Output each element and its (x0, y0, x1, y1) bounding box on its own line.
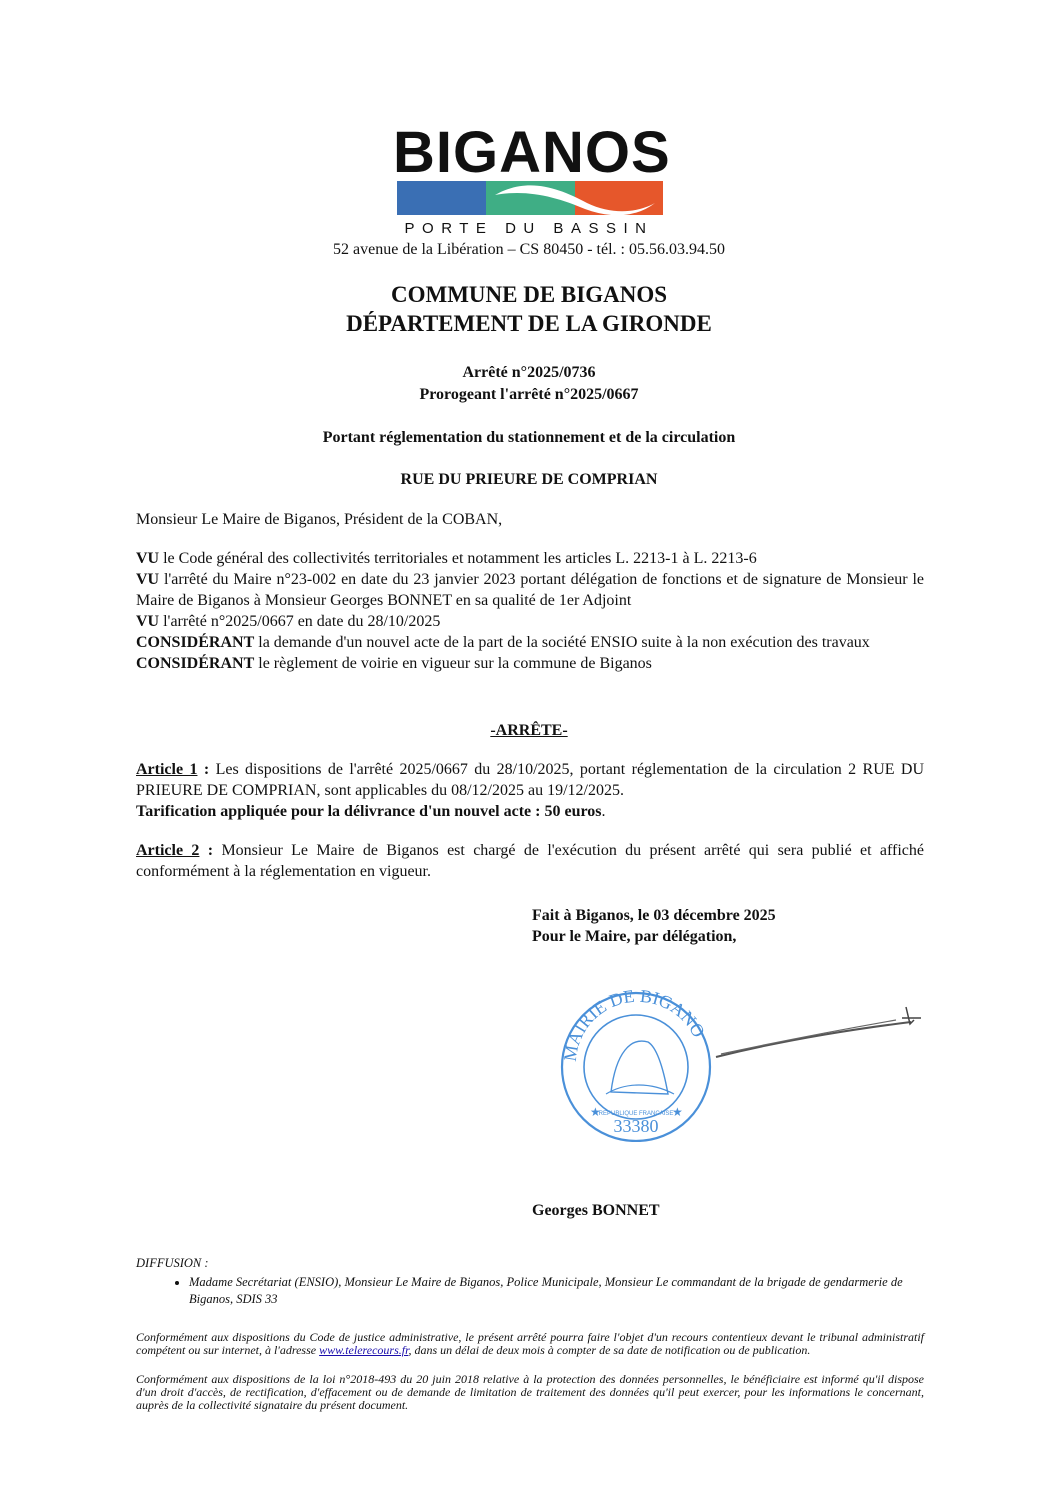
diffusion-title: DIFFUSION : (136, 1255, 926, 1272)
legal-recours: Conformément aux dispositions du Code de… (136, 1331, 924, 1357)
svg-text:★: ★ (672, 1105, 683, 1119)
departement-title: DÉPARTEMENT DE LA GIRONDE (0, 309, 1058, 338)
commune-title: COMMUNE DE BIGANOS (0, 280, 1058, 309)
diffusion-block: DIFFUSION : Madame Secrétariat (ENSIO), … (136, 1255, 926, 1308)
logo-wave-band-icon (397, 181, 663, 215)
legal-rgpd: Conformément aux dispositions de la loi … (136, 1373, 924, 1412)
telerecours-link[interactable]: www.telerecours.fr (319, 1343, 408, 1357)
decision-heading: -ARRÊTE- (0, 721, 1058, 741)
article-1-tarif: Tarification appliquée pour la délivranc… (136, 803, 602, 820)
place-date: Fait à Biganos, le 03 décembre 2025 (532, 905, 776, 926)
logo-tagline: PORTE DU BASSIN (393, 220, 665, 237)
visa-item: VU l'arrêté n°2025/0667 en date du 28/10… (136, 611, 924, 632)
arrete-object: Portant réglementation du stationnement … (0, 428, 1058, 448)
visa-item: VU l'arrêté du Maire n°23-002 en date du… (136, 569, 924, 611)
visas-block: VU le Code général des collectivités ter… (136, 548, 924, 674)
svg-text:33380: 33380 (614, 1116, 659, 1136)
visa-item: VU le Code général des collectivités ter… (136, 548, 924, 569)
diffusion-recipients: Madame Secrétariat (ENSIO), Monsieur Le … (189, 1274, 926, 1308)
article-2-label: Article 2 (136, 842, 199, 859)
arrete-prorogation: Prorogeant l'arrêté n°2025/0667 (0, 385, 1058, 405)
delegation-line: Pour le Maire, par délégation, (532, 926, 736, 947)
considerant-item: CONSIDÉRANT le règlement de voirie en vi… (136, 653, 924, 674)
article-1-text: Les dispositions de l'arrêté 2025/0667 d… (136, 761, 924, 799)
article-1: Article 1 : Les dispositions de l'arrêté… (136, 759, 924, 822)
considerant-item: CONSIDÉRANT la demande d'un nouvel acte … (136, 632, 924, 653)
logo-wordmark: BIGANOS (393, 124, 665, 182)
article-1-label: Article 1 (136, 761, 197, 778)
signatory-name: Georges BONNET (532, 1200, 660, 1221)
arrete-street: RUE DU PRIEURE DE COMPRIAN (0, 470, 1058, 490)
arrete-number: Arrêté n°2025/0736 (0, 363, 1058, 383)
article-2-text: Monsieur Le Maire de Biganos est chargé … (136, 842, 924, 880)
mairie-address: 52 avenue de la Libération – CS 80450 - … (0, 241, 1058, 259)
article-2: Article 2 : Monsieur Le Maire de Biganos… (136, 840, 924, 882)
svg-text:★: ★ (590, 1105, 601, 1119)
mairie-stamp-icon: MAIRIE DE BIGANOS REPUBLIQUE FRANCAISE 3… (556, 982, 936, 1142)
authority-line: Monsieur Le Maire de Biganos, Président … (136, 509, 924, 530)
